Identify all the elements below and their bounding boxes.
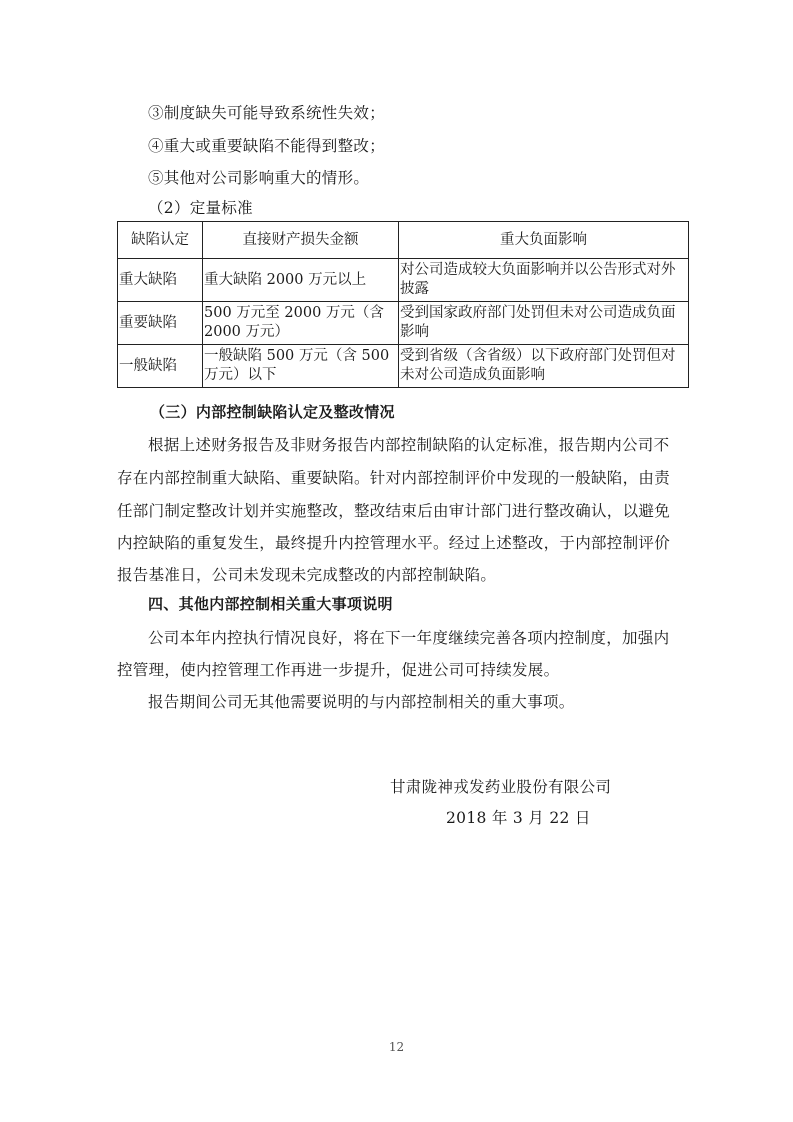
cell-amount: 重大缺陷 2000 万元以上 <box>203 259 399 302</box>
table-row: 重要缺陷 500 万元至 2000 万元（含2000 万元） 受到国家政府部门处… <box>118 302 689 345</box>
header-defect-level: 缺陷认定 <box>118 222 203 259</box>
page-number: 12 <box>0 1040 793 1054</box>
table-header-row: 缺陷认定 直接财产损失金额 重大负面影响 <box>118 222 689 259</box>
section3-line: 任部门制定整改计划并实施整改，整改结束后由审计部门进行整改确认，以避免 <box>117 501 670 521</box>
signature-company: 甘肃陇神戎发药业股份有限公司 <box>390 777 611 797</box>
signature-date: 2018 年 3 月 22 日 <box>446 808 591 828</box>
section3-line: 报告基准日，公司未发现未完成整改的内部控制缺陷。 <box>117 565 496 585</box>
header-negative-impact: 重大负面影响 <box>399 222 689 259</box>
section4-para2: 报告期间公司无其他需要说明的与内部控制相关的重大事项。 <box>148 692 575 712</box>
criteria-item-5: ⑤其他对公司影响重大的情形。 <box>148 168 369 188</box>
table-row: 重大缺陷 重大缺陷 2000 万元以上 对公司造成较大负面影响并以公告形式对外披… <box>118 259 689 302</box>
cell-level: 一般缺陷 <box>118 345 203 388</box>
section3-line: 根据上述财务报告及非财务报告内部控制缺陷的认定标准，报告期内公司不 <box>148 435 669 455</box>
header-loss-amount: 直接财产损失金额 <box>203 222 399 259</box>
cell-level: 重要缺陷 <box>118 302 203 345</box>
cell-impact: 对公司造成较大负面影响并以公告形式对外披露 <box>399 259 689 302</box>
table-row: 一般缺陷 一般缺陷 500 万元（含 500万元）以下 受到省级（含省级）以下政… <box>118 345 689 388</box>
section3-line: 存在内部控制重大缺陷、重要缺陷。针对内部控制评价中发现的一般缺陷，由责 <box>117 468 670 488</box>
quantitative-standards-table: 缺陷认定 直接财产损失金额 重大负面影响 重大缺陷 重大缺陷 2000 万元以上… <box>117 221 689 388</box>
cell-level: 重大缺陷 <box>118 259 203 302</box>
section4-para1-line: 控管理，使内控管理工作再进一步提升，促进公司可持续发展。 <box>117 660 559 680</box>
section3-heading: （三）内部控制缺陷认定及整改情况 <box>150 402 395 422</box>
criteria-item-3: ③制度缺失可能导致系统性失效； <box>148 103 385 123</box>
cell-amount: 一般缺陷 500 万元（含 500万元）以下 <box>203 345 399 388</box>
section4-para1-line: 公司本年内控执行情况良好，将在下一年度继续完善各项内控制度，加强内 <box>148 628 669 648</box>
section4-heading: 四、其他内部控制相关重大事项说明 <box>148 594 393 614</box>
cell-impact: 受到国家政府部门处罚但未对公司造成负面影响 <box>399 302 689 345</box>
cell-impact: 受到省级（含省级）以下政府部门处罚但对未对公司造成负面影响 <box>399 345 689 388</box>
section3-line: 内控缺陷的重复发生，最终提升内控管理水平。经过上述整改，于内部控制评价 <box>117 533 670 553</box>
cell-amount: 500 万元至 2000 万元（含2000 万元） <box>203 302 399 345</box>
quantitative-heading: （2）定量标准 <box>148 198 253 218</box>
criteria-item-4: ④重大或重要缺陷不能得到整改； <box>148 136 385 156</box>
